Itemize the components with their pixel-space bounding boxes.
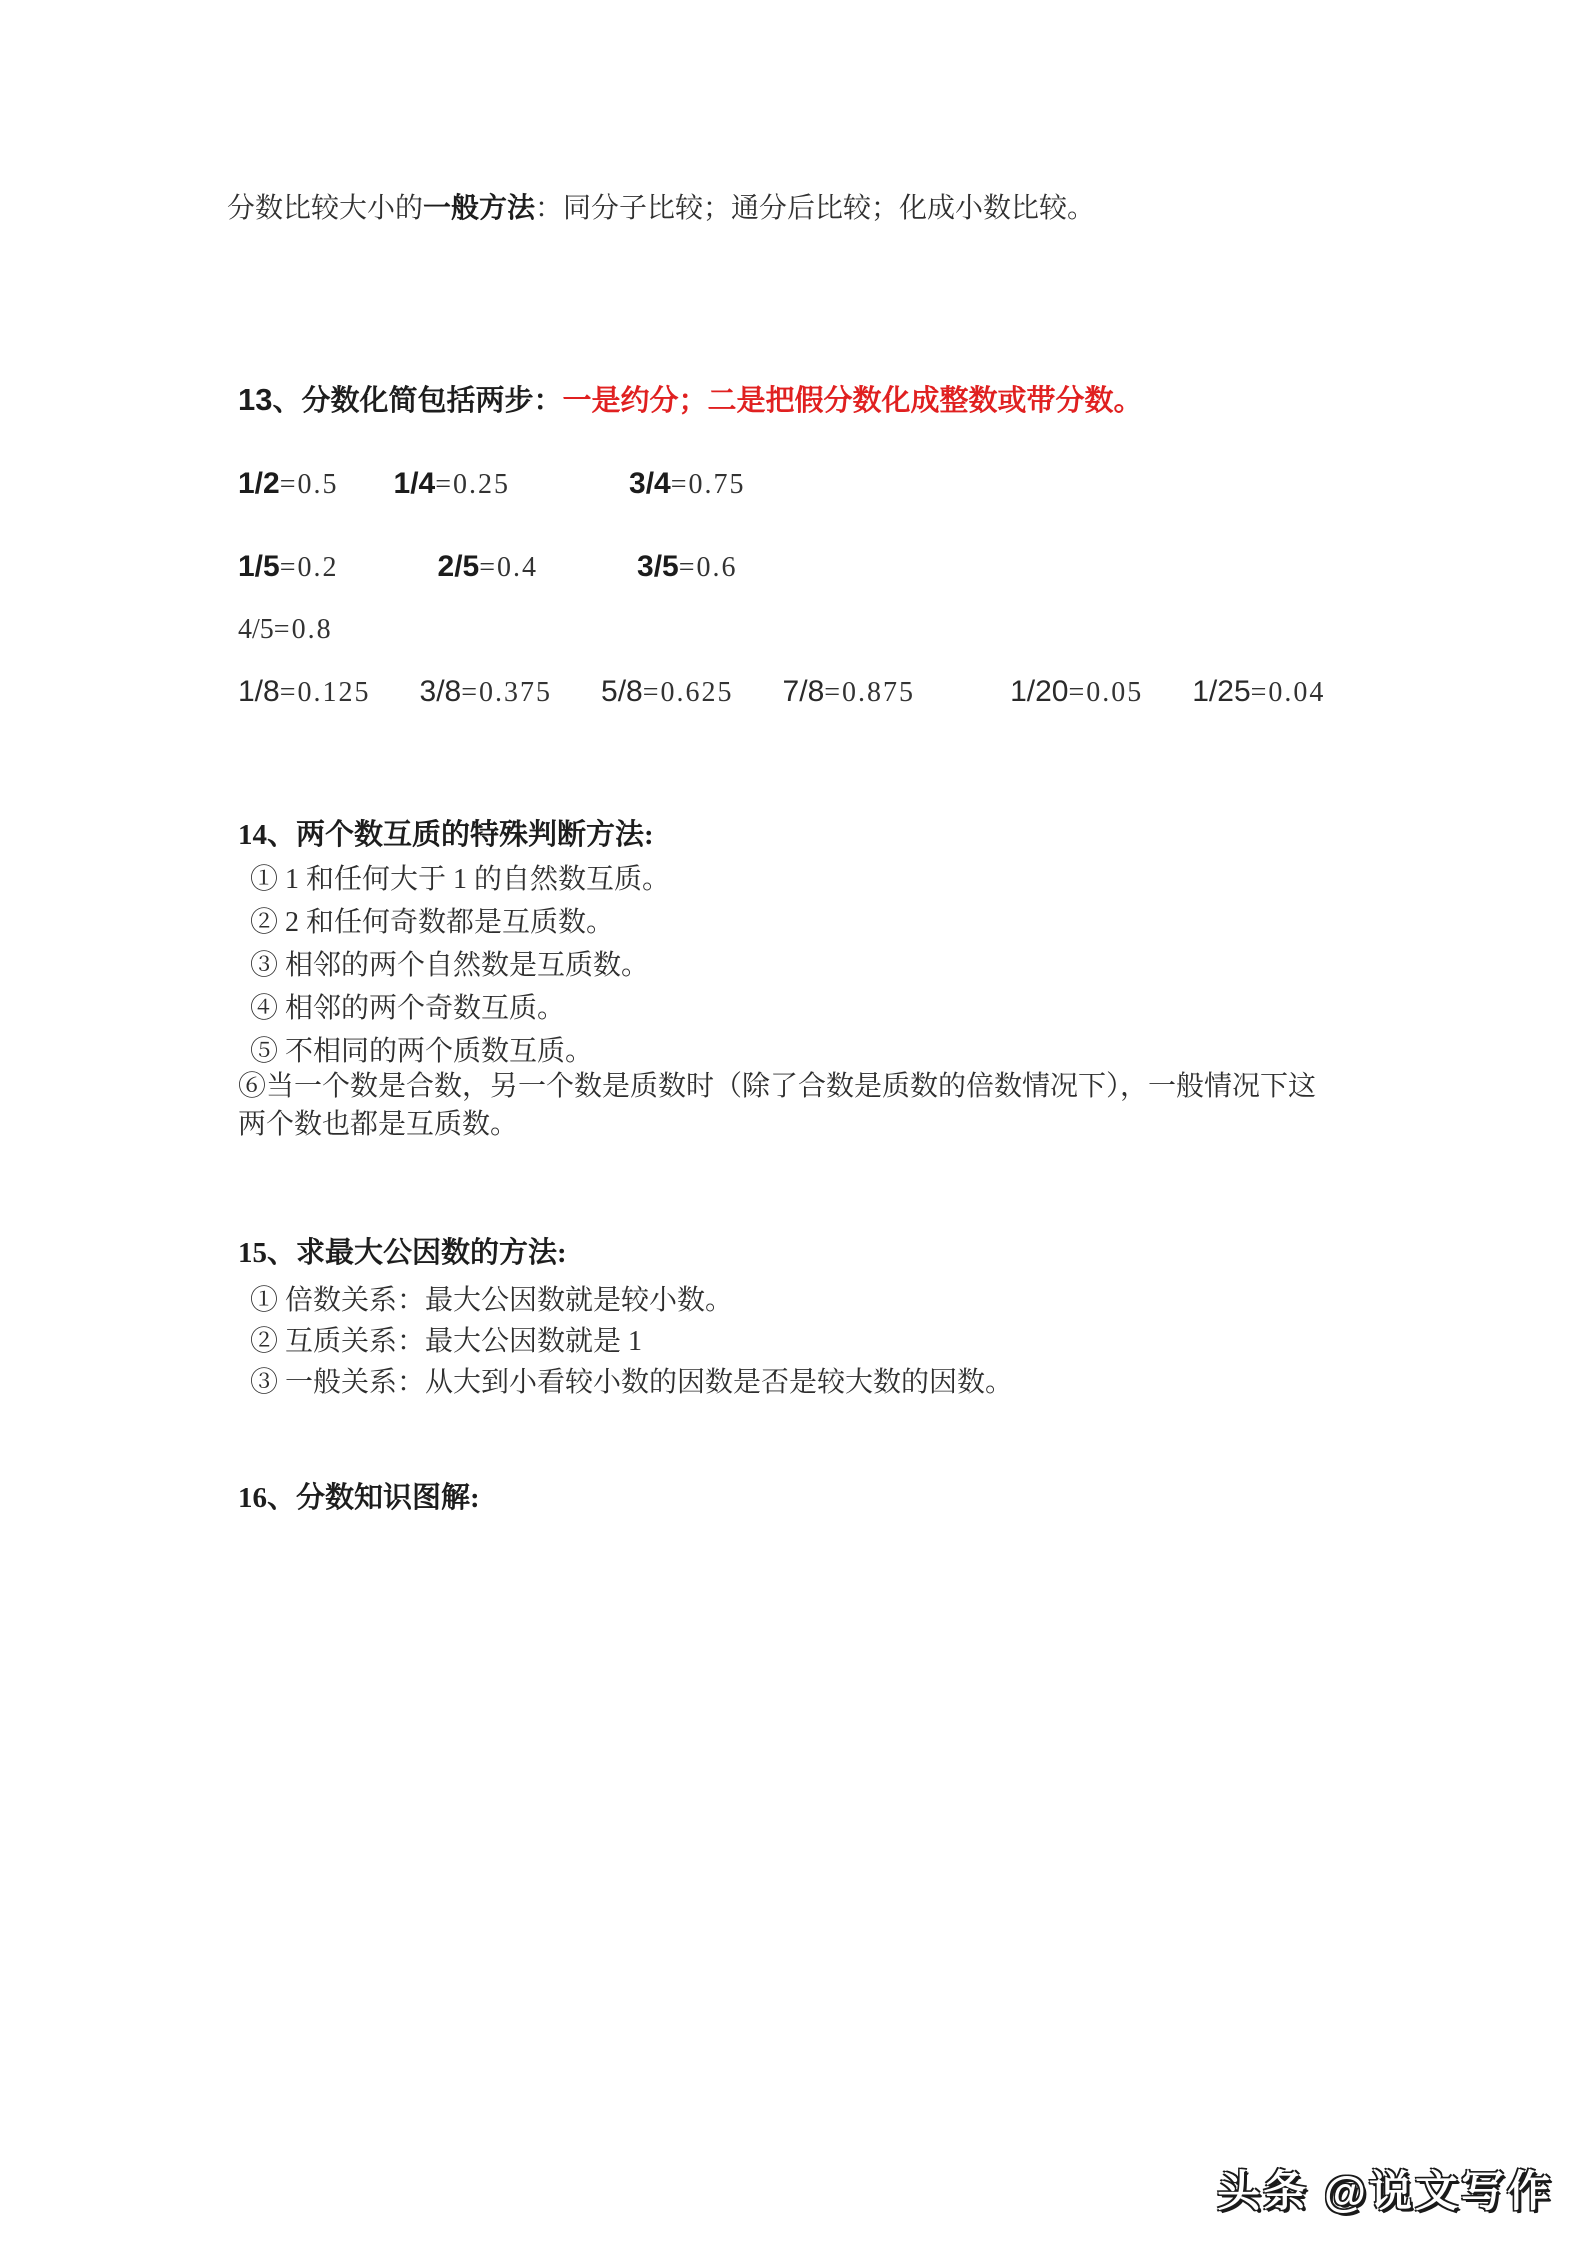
fraction-equation: 1/2=0.5 <box>238 467 339 501</box>
fraction-value: =0.75 <box>671 469 746 500</box>
fraction-value: =0.875 <box>824 677 915 708</box>
section-15-list: ① 倍数关系：最大公因数就是较小数。 ② 互质关系：最大公因数就是 1 ③ 一般… <box>250 1280 1013 1403</box>
watermark: 头条 @说文写作 <box>1217 2158 1553 2219</box>
fraction-equation: 1/4=0.25 <box>394 467 511 501</box>
section-13-number: 13 <box>238 382 272 417</box>
section-16-heading: 16、分数知识图解: <box>238 1481 480 1515</box>
list-item: ③ 相邻的两个自然数是互质数。 <box>250 944 670 987</box>
section-14-paragraph-6: ⑥当一个数是合数，另一个数是质数时（除了合数是质数的倍数情况下），一般情况下这两… <box>238 1068 1328 1144</box>
fraction-equation: 1/20=0.05 <box>1010 675 1143 709</box>
fraction-equation: 3/4=0.75 <box>629 467 746 501</box>
intro-text-bold: 一般方法 <box>423 193 535 224</box>
list-item: ① 倍数关系：最大公因数就是较小数。 <box>250 1280 1013 1321</box>
fraction-row-halves-quarters: 1/2=0.5 1/4=0.25 3/4=0.75 <box>238 467 746 501</box>
intro-paragraph: 分数比较大小的一般方法：同分子比较；通分后比较；化成小数比较。 <box>227 192 1095 226</box>
fraction-value: =0.04 <box>1251 677 1326 708</box>
fraction-value: =0.5 <box>280 469 339 500</box>
fraction-label: 1/8 <box>238 675 280 708</box>
intro-text-pre: 分数比较大小的 <box>227 193 423 224</box>
list-item: ② 互质关系：最大公因数就是 1 <box>250 1321 1013 1362</box>
fraction-value: =0.25 <box>435 469 510 500</box>
fraction-label: 1/5 <box>238 550 280 583</box>
fraction-value: =0.375 <box>461 677 552 708</box>
list-item: ④ 相邻的两个奇数互质。 <box>250 987 670 1030</box>
list-item: ② 2 和任何奇数都是互质数。 <box>250 901 670 944</box>
fraction-value: =0.8 <box>274 614 333 645</box>
fraction-label: 2/5 <box>438 550 480 583</box>
fraction-equation: 3/5=0.6 <box>637 550 738 584</box>
section-14-heading: 14、两个数互质的特殊判断方法: <box>238 818 654 852</box>
fraction-equation: 1/25=0.04 <box>1192 675 1325 709</box>
fraction-label: 1/4 <box>394 467 436 500</box>
fraction-label: 5/8 <box>601 675 643 708</box>
section-15-heading: 15、求最大公因数的方法: <box>238 1236 567 1270</box>
fraction-value: =0.2 <box>280 552 339 583</box>
fraction-label: 3/8 <box>420 675 462 708</box>
fraction-value: =0.6 <box>679 552 738 583</box>
fraction-row-eighths: 1/8=0.125 3/8=0.375 5/8=0.625 7/8=0.875 … <box>238 675 1367 709</box>
fraction-label: 1/20 <box>1010 675 1068 708</box>
section-13-heading: 13、分数化简包括两步：一是约分；二是把假分数化成整数或带分数。 <box>238 383 1143 418</box>
fraction-row-four-fifths: 4/5=0.8 <box>238 614 333 646</box>
list-item: ① 1 和任何大于 1 的自然数互质。 <box>250 858 670 901</box>
fraction-label: 4/5 <box>238 614 274 645</box>
fraction-row-fifths: 1/5=0.2 2/5=0.4 3/5=0.6 <box>238 550 738 584</box>
list-item: ⑤ 不相同的两个质数互质。 <box>250 1030 670 1073</box>
section-14-list: ① 1 和任何大于 1 的自然数互质。 ② 2 和任何奇数都是互质数。 ③ 相邻… <box>250 858 670 1073</box>
fraction-label: 3/4 <box>629 467 671 500</box>
fraction-equation: 1/8=0.125 <box>238 675 371 709</box>
fraction-value: =0.05 <box>1068 677 1143 708</box>
fraction-label: 7/8 <box>783 675 825 708</box>
fraction-value: =0.125 <box>280 677 371 708</box>
fraction-equation: 3/8=0.375 <box>420 675 553 709</box>
fraction-label: 1/25 <box>1192 675 1250 708</box>
intro-text-post: ：同分子比较；通分后比较；化成小数比较。 <box>535 193 1095 224</box>
list-item: ③ 一般关系：从大到小看较小数的因数是否是较大数的因数。 <box>250 1362 1013 1403</box>
document-page: 分数比较大小的一般方法：同分子比较；通分后比较；化成小数比较。 13、分数化简包… <box>0 0 1587 2245</box>
fraction-equation: 2/5=0.4 <box>438 550 539 584</box>
fraction-equation: 5/8=0.625 <box>601 675 734 709</box>
fraction-equation: 7/8=0.875 <box>783 675 916 709</box>
fraction-equation: 4/5=0.8 <box>238 614 333 646</box>
fraction-label: 1/2 <box>238 467 280 500</box>
fraction-label: 3/5 <box>637 550 679 583</box>
fraction-value: =0.625 <box>643 677 734 708</box>
fraction-value: =0.4 <box>479 552 538 583</box>
section-13-title: 、分数化简包括两步： <box>272 385 562 417</box>
fraction-equation: 1/5=0.2 <box>238 550 339 584</box>
section-13-red-note: 一是约分；二是把假分数化成整数或带分数。 <box>563 385 1143 417</box>
